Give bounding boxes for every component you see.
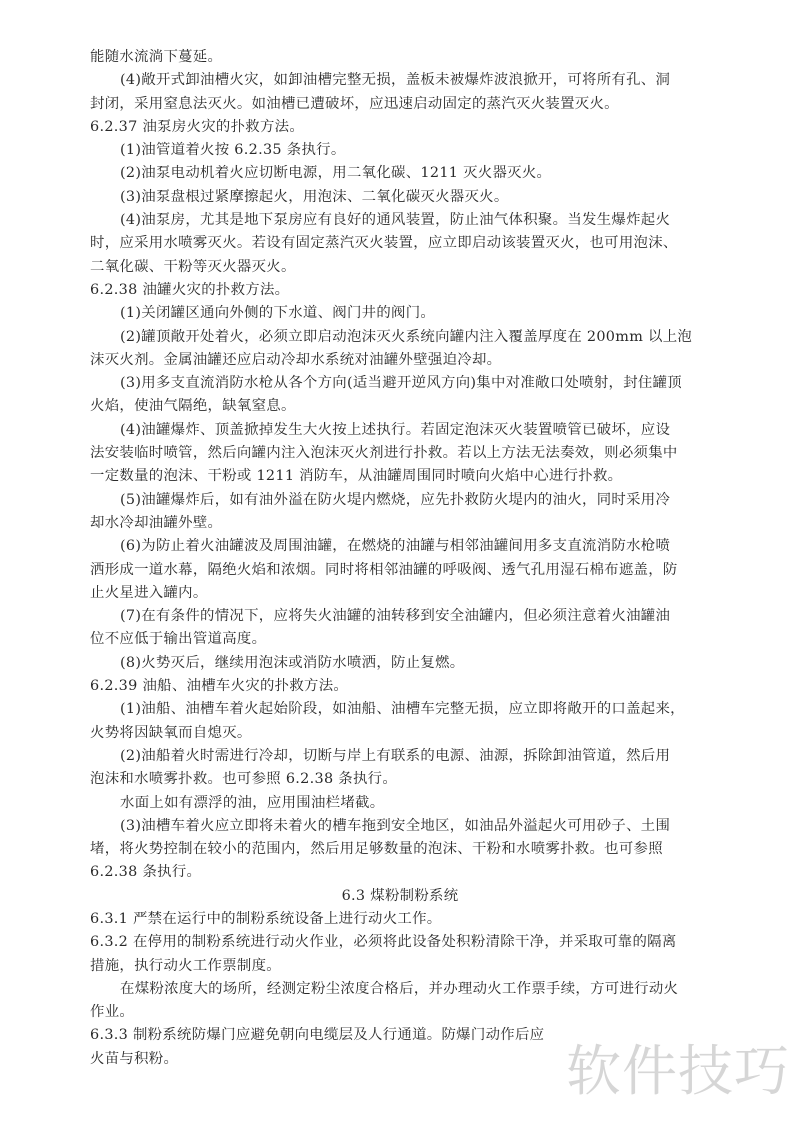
text-line: 在煤粉浓度大的场所，经测定粉尘浓度合格后，并办理动火工作票手续，方可进行动火 [90, 978, 720, 1001]
text-line: 洒形成一道水幕，隔绝火焰和浓烟。同时将相邻油罐的呼吸阀、透气孔用湿石棉布遮盖，防 [90, 559, 720, 582]
text-line: 6.2.39 油船、油槽车火灾的扑救方法。 [90, 675, 720, 698]
text-line: (6)为防止着火油罐波及周围油罐，在燃烧的油罐与相邻油罐间用多支直流消防水枪喷 [90, 535, 720, 558]
text-line: (8)火势灭后，继续用泡沫或消防水喷洒，防止复燃。 [90, 652, 720, 675]
text-line: 火焰，使油气隔绝，缺氧窒息。 [90, 395, 720, 418]
text-line: (5)油罐爆炸后，如有油外溢在防火堤内燃烧，应先扑救防火堤内的油火，同时采用冷 [90, 489, 720, 512]
text-line: (4)油罐爆炸、顶盖掀掉发生大火按上述执行。若固定泡沫灭火装置喷管已破坏，应设 [90, 419, 720, 442]
text-line: 堵，将火势控制在较小的范围内，然后用足够数量的泡沫、干粉和水喷雾扑救。也可参照 [90, 838, 720, 861]
text-line: (4)敞开式卸油槽火灾，如卸油槽完整无损，盖板未被爆炸波浪掀开，可将所有孔、洞 [90, 69, 720, 92]
text-line: (1)油船、油槽车着火起始阶段，如油船、油槽车完整无损，应立即将敞开的口盖起来， [90, 698, 720, 721]
text-line: 止火星进入罐内。 [90, 582, 720, 605]
text-line: 沫灭火剂。金属油罐还应启动冷却水系统对油罐外壁强迫冷却。 [90, 349, 720, 372]
text-line: (3)油泵盘根过紧摩擦起火，用泡沫、二氧化碳灭火器灭火。 [90, 186, 720, 209]
text-line: 6.2.38 条执行。 [90, 861, 720, 884]
text-line: 水面上如有漂浮的油，应用围油栏堵截。 [90, 792, 720, 815]
text-line: 6.3.3 制粉系统防爆门应避免朝向电缆层及人行通道。防爆门动作后应 [90, 1024, 552, 1047]
text-line: (2)油泵电动机着火应切断电源，用二氧化碳、1211 灭火器灭火。 [90, 162, 720, 185]
text-line: 封闭，采用窒息法灭火。如油槽已遭破坏，应迅速启动固定的蒸汽灭火装置灭火。 [90, 93, 720, 116]
text-line: (4)油泵房，尤其是地下泵房应有良好的通风装置，防止油气体积聚。当发生爆炸起火 [90, 209, 720, 232]
text-line: (3)油槽车着火应立即将未着火的槽车拖到安全地区，如油品外溢起火可用砂子、土围 [90, 815, 720, 838]
text-line: 6.3.2 在停用的制粉系统进行动火作业，必须将此设备处积粉清除干净，并采取可靠… [90, 931, 720, 954]
text-line: 泡沫和水喷雾扑救。也可参照 6.2.38 条执行。 [90, 768, 720, 791]
watermark: 软件技巧 [566, 1036, 796, 1106]
text-line: 二氧化碳、干粉等灭火器灭火。 [90, 256, 720, 279]
text-line: 法安装临时喷管，然后向罐内注入泡沫灭火剂进行扑救。若以上方法无法奏效，则必须集中 [90, 442, 720, 465]
text-line: 火势将因缺氧而自熄灭。 [90, 722, 720, 745]
text-line: (1)关闭罐区通向外侧的下水道、阀门井的阀门。 [90, 302, 720, 325]
text-line: (1)油管道着火按 6.2.35 条执行。 [90, 139, 720, 162]
text-line: 一定数量的泡沫、干粉或 1211 消防车，从油罐周围同时喷向火焰中心进行扑救。 [90, 465, 720, 488]
text-line: 6.2.37 油泵房火灾的扑救方法。 [90, 116, 720, 139]
text-line: (2)油船着火时需进行冷却，切断与岸上有联系的电源、油源，拆除卸油管道，然后用 [90, 745, 720, 768]
text-line: (3)用多支直流消防水枪从各个方向(适当避开逆风方向)集中对准敞口处喷射，封住罐… [90, 372, 720, 395]
text-line: 措施，执行动火工作票制度。 [90, 955, 720, 978]
text-line: 6.3.1 严禁在运行中的制粉系统设备上进行动火工作。 [90, 908, 720, 931]
text-line: 时，应采用水喷雾灭火。若设有固定蒸汽灭火装置，应立即启动该装置灭火，也可用泡沫、 [90, 232, 720, 255]
section-heading: 6.3 煤粉制粉系统 [90, 885, 720, 908]
text-line: 能随水流淌下蔓延。 [90, 46, 720, 69]
text-line: (7)在有条件的情况下，应将失火油罐的油转移到安全油罐内，但必须注意着火油罐油 [90, 605, 720, 628]
document-page: 能随水流淌下蔓延。(4)敞开式卸油槽火灾，如卸油槽完整无损，盖板未被爆炸波浪掀开… [90, 46, 720, 1071]
text-line: 位不应低于输出管道高度。 [90, 628, 720, 651]
text-line: 却水冷却油罐外壁。 [90, 512, 720, 535]
text-line: 作业。 [90, 1001, 720, 1024]
text-line: (2)罐顶敞开处着火，必须立即启动泡沫灭火系统向罐内注入覆盖厚度在 200mm … [90, 326, 720, 349]
text-line: 6.2.38 油罐火灾的扑救方法。 [90, 279, 720, 302]
